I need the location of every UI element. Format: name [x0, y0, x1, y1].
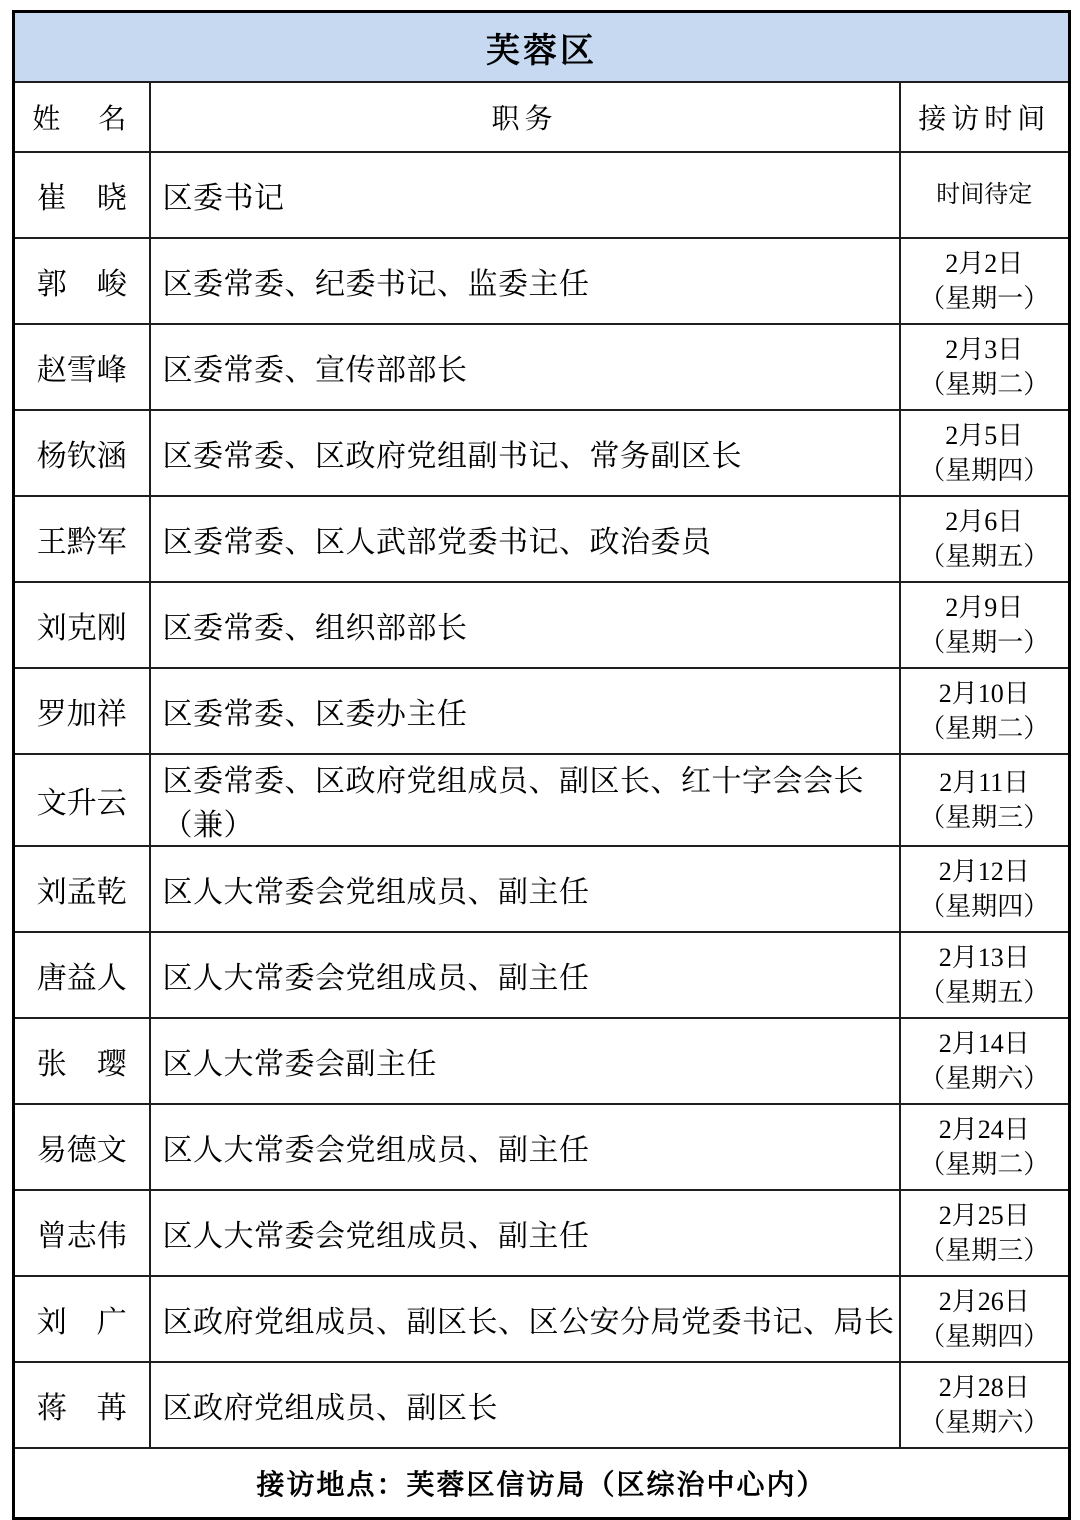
- schedule-sheet: 芙蓉区 姓 名 职务 接访时间 崔 晓 区委书记 时间待定 郭 峻 区委常委、纪…: [12, 10, 1068, 1520]
- visit-time-cell: 2月10日 （星期二）: [900, 668, 1070, 754]
- visit-time-cell: 2月13日 （星期五）: [900, 932, 1070, 1018]
- official-name: 赵雪峰: [14, 324, 150, 410]
- visit-time-cell: 2月9日 （星期一）: [900, 582, 1070, 668]
- table-row: 刘 广 区政府党组成员、副区长、区公安分局党委书记、局长 2月26日 （星期四）: [14, 1276, 1070, 1362]
- column-header-time: 接访时间: [900, 82, 1070, 152]
- footer-row: 接访地点：芙蓉区信访局（区综治中心内）: [14, 1448, 1070, 1519]
- table-row: 张 璎 区人大常委会副主任 2月14日 （星期六）: [14, 1018, 1070, 1104]
- visit-time-cell: 2月14日 （星期六）: [900, 1018, 1070, 1104]
- visit-date: 2月5日: [901, 418, 1069, 453]
- table-row: 罗加祥 区委常委、区委办主任 2月10日 （星期二）: [14, 668, 1070, 754]
- visit-weekday: （星期四）: [901, 889, 1069, 924]
- official-name: 刘克刚: [14, 582, 150, 668]
- visit-time-cell: 2月26日 （星期四）: [900, 1276, 1070, 1362]
- table-row: 蒋 苒 区政府党组成员、副区长 2月28日 （星期六）: [14, 1362, 1070, 1448]
- table-row: 唐益人 区人大常委会党组成员、副主任 2月13日 （星期五）: [14, 932, 1070, 1018]
- reception-schedule-table: 芙蓉区 姓 名 职务 接访时间 崔 晓 区委书记 时间待定 郭 峻 区委常委、纪…: [12, 10, 1071, 1520]
- official-position: 区人大常委会党组成员、副主任: [150, 932, 900, 1018]
- district-title-row: 芙蓉区: [14, 12, 1070, 83]
- table-row: 王黔军 区委常委、区人武部党委书记、政治委员 2月6日 （星期五）: [14, 496, 1070, 582]
- visit-weekday: （星期三）: [901, 1233, 1069, 1268]
- visit-time-cell: 2月24日 （星期二）: [900, 1104, 1070, 1190]
- official-name: 王黔军: [14, 496, 150, 582]
- table-row: 杨钦涵 区委常委、区政府党组副书记、常务副区长 2月5日 （星期四）: [14, 410, 1070, 496]
- visit-date: 2月12日: [901, 854, 1069, 889]
- visit-weekday: （星期五）: [901, 975, 1069, 1010]
- visit-date: 时间待定: [901, 179, 1069, 211]
- visit-weekday: （星期二）: [901, 1147, 1069, 1182]
- official-position: 区委常委、组织部部长: [150, 582, 900, 668]
- table-row: 文升云 区委常委、区政府党组成员、副区长、红十字会会长（兼） 2月11日 （星期…: [14, 754, 1070, 846]
- official-name: 刘 广: [14, 1276, 150, 1362]
- table-header-row: 姓 名 职务 接访时间: [14, 82, 1070, 152]
- official-position: 区人大常委会党组成员、副主任: [150, 1104, 900, 1190]
- official-name: 杨钦涵: [14, 410, 150, 496]
- visit-weekday: （星期四）: [901, 1319, 1069, 1354]
- official-name: 易德文: [14, 1104, 150, 1190]
- visit-weekday: （星期五）: [901, 539, 1069, 574]
- official-name: 郭 峻: [14, 238, 150, 324]
- visit-time-cell: 2月3日 （星期二）: [900, 324, 1070, 410]
- visit-date: 2月11日: [901, 765, 1069, 800]
- visit-date: 2月26日: [901, 1284, 1069, 1319]
- official-name: 唐益人: [14, 932, 150, 1018]
- official-position: 区委书记: [150, 152, 900, 238]
- visit-weekday: （星期三）: [901, 800, 1069, 835]
- visit-weekday: （星期四）: [901, 453, 1069, 488]
- official-name: 文升云: [14, 754, 150, 846]
- visit-time-cell: 2月6日 （星期五）: [900, 496, 1070, 582]
- official-position: 区委常委、区人武部党委书记、政治委员: [150, 496, 900, 582]
- official-name: 张 璎: [14, 1018, 150, 1104]
- official-name: 刘孟乾: [14, 846, 150, 932]
- column-header-position: 职务: [150, 82, 900, 152]
- table-row: 郭 峻 区委常委、纪委书记、监委主任 2月2日 （星期一）: [14, 238, 1070, 324]
- table-row: 崔 晓 区委书记 时间待定: [14, 152, 1070, 238]
- visit-date: 2月25日: [901, 1198, 1069, 1233]
- official-position: 区委常委、纪委书记、监委主任: [150, 238, 900, 324]
- visit-weekday: （星期六）: [901, 1405, 1069, 1440]
- visit-time-cell: 2月11日 （星期三）: [900, 754, 1070, 846]
- reception-location: 接访地点：芙蓉区信访局（区综治中心内）: [14, 1448, 1070, 1519]
- official-name: 蒋 苒: [14, 1362, 150, 1448]
- official-position: 区委常委、宣传部部长: [150, 324, 900, 410]
- visit-date: 2月10日: [901, 676, 1069, 711]
- visit-weekday: （星期一）: [901, 625, 1069, 660]
- official-position: 区委常委、区政府党组成员、副区长、红十字会会长（兼）: [150, 754, 900, 846]
- official-position: 区人大常委会党组成员、副主任: [150, 1190, 900, 1276]
- visit-date: 2月13日: [901, 940, 1069, 975]
- table-row: 刘孟乾 区人大常委会党组成员、副主任 2月12日 （星期四）: [14, 846, 1070, 932]
- official-position: 区人大常委会党组成员、副主任: [150, 846, 900, 932]
- official-position: 区委常委、区委办主任: [150, 668, 900, 754]
- visit-time-cell: 2月5日 （星期四）: [900, 410, 1070, 496]
- official-position: 区政府党组成员、副区长: [150, 1362, 900, 1448]
- visit-weekday: （星期六）: [901, 1061, 1069, 1096]
- visit-date: 2月3日: [901, 332, 1069, 367]
- official-name: 罗加祥: [14, 668, 150, 754]
- visit-date: 2月24日: [901, 1112, 1069, 1147]
- visit-date: 2月14日: [901, 1026, 1069, 1061]
- official-position: 区委常委、区政府党组副书记、常务副区长: [150, 410, 900, 496]
- visit-time-cell: 2月28日 （星期六）: [900, 1362, 1070, 1448]
- official-name: 崔 晓: [14, 152, 150, 238]
- visit-time-cell: 时间待定: [900, 152, 1070, 238]
- table-row: 赵雪峰 区委常委、宣传部部长 2月3日 （星期二）: [14, 324, 1070, 410]
- visit-weekday: （星期二）: [901, 711, 1069, 746]
- visit-time-cell: 2月2日 （星期一）: [900, 238, 1070, 324]
- visit-date: 2月2日: [901, 246, 1069, 281]
- table-row: 易德文 区人大常委会党组成员、副主任 2月24日 （星期二）: [14, 1104, 1070, 1190]
- visit-time-cell: 2月12日 （星期四）: [900, 846, 1070, 932]
- official-position: 区政府党组成员、副区长、区公安分局党委书记、局长: [150, 1276, 900, 1362]
- visit-time-cell: 2月25日 （星期三）: [900, 1190, 1070, 1276]
- official-position: 区人大常委会副主任: [150, 1018, 900, 1104]
- visit-date: 2月28日: [901, 1370, 1069, 1405]
- visit-weekday: （星期二）: [901, 367, 1069, 402]
- table-row: 曾志伟 区人大常委会党组成员、副主任 2月25日 （星期三）: [14, 1190, 1070, 1276]
- district-title: 芙蓉区: [14, 12, 1070, 83]
- visit-date: 2月6日: [901, 504, 1069, 539]
- table-row: 刘克刚 区委常委、组织部部长 2月9日 （星期一）: [14, 582, 1070, 668]
- visit-date: 2月9日: [901, 590, 1069, 625]
- visit-weekday: （星期一）: [901, 281, 1069, 316]
- column-header-name: 姓 名: [14, 82, 150, 152]
- table-body: 崔 晓 区委书记 时间待定 郭 峻 区委常委、纪委书记、监委主任 2月2日 （星…: [14, 152, 1070, 1448]
- official-name: 曾志伟: [14, 1190, 150, 1276]
